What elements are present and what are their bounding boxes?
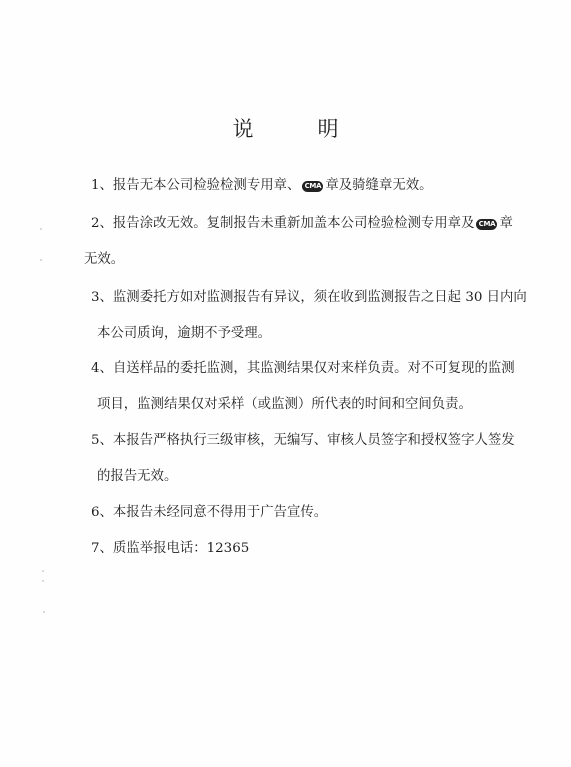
item-4-line-2: 项目，监测结果仅对采样（或监测）所代表的时间和空间负责。	[97, 397, 472, 413]
item-1-text-a: 1、报告无本公司检验检测专用章、	[91, 178, 300, 193]
item-7-line-1: 7、质监举报电话：12365	[91, 541, 249, 557]
document-page: 说明 1、报告无本公司检验检测专用章、CMA章及骑缝章无效。 2、报告涂改无效。…	[0, 0, 571, 767]
title-char-left: 说	[233, 113, 254, 143]
page-title: 说明	[0, 113, 571, 143]
item-2-text-b: 章	[499, 216, 512, 231]
item-6-line-1: 6、本报告未经同意不得用于广告宣传。	[91, 505, 327, 521]
scan-speck	[42, 580, 44, 582]
item-3-line-1: 3、监测委托方如对监测报告有异议，须在收到监测报告之日起 30 日内向	[91, 290, 527, 306]
item-2-line-1: 2、报告涂改无效。复制报告未重新加盖本公司检验检测专用章及CMA章	[91, 216, 513, 232]
item-4-line-1: 4、自送样品的委托监测，其监测结果仅对来样负责。对不可复现的监测	[91, 361, 515, 377]
item-1-line-1: 1、报告无本公司检验检测专用章、CMA章及骑缝章无效。	[91, 178, 433, 194]
item-3-line-2: 本公司质询，逾期不予受理。	[97, 326, 271, 342]
scan-speck	[40, 259, 42, 261]
cma-seal-icon: CMA	[302, 181, 323, 192]
cma-seal-icon: CMA	[476, 219, 497, 230]
item-2-text-a: 2、报告涂改无效。复制报告未重新加盖本公司检验检测专用章及	[91, 216, 474, 231]
scan-speck	[43, 611, 45, 613]
scan-speck	[42, 570, 44, 572]
item-5-line-1: 5、本报告严格执行三级审核，无编写、审核人员签字和授权签字人签发	[91, 433, 515, 449]
item-1-text-b: 章及骑缝章无效。	[325, 178, 432, 193]
scan-speck	[40, 228, 42, 230]
item-5-line-2: 的报告无效。	[97, 469, 177, 485]
title-char-right: 明	[318, 113, 339, 143]
item-2-line-2: 无效。	[84, 252, 124, 268]
